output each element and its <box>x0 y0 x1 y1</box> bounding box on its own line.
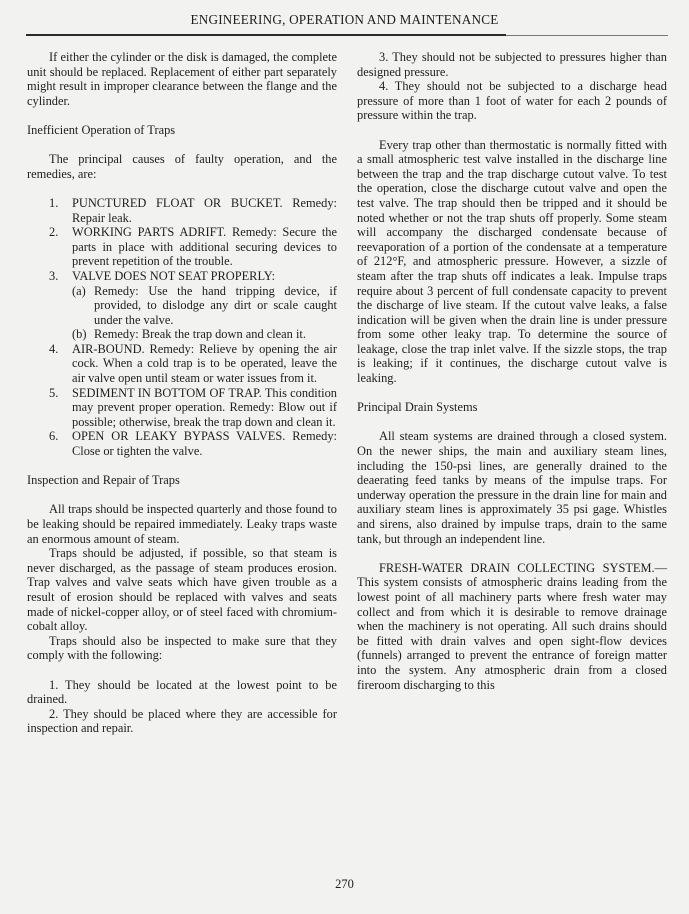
left-column: If either the cylinder or the disk is da… <box>27 50 337 736</box>
body-paragraph: Traps should be adjusted, if possible, s… <box>27 546 337 634</box>
sub-remedy: (a)Remedy: Use the hand tripping device,… <box>72 284 337 328</box>
requirement-item: 1. They should be located at the lowest … <box>27 678 337 707</box>
causes-intro: The principal causes of faulty operation… <box>27 152 337 181</box>
requirement-item: 3. They should not be subjected to press… <box>357 50 667 79</box>
requirement-item: 4. They should not be subjected to a dis… <box>357 79 667 123</box>
header-rule <box>26 34 506 36</box>
right-column: 3. They should not be subjected to press… <box>357 50 667 692</box>
cause-item: 2.WORKING PARTS ADRIFT. Remedy: Secure t… <box>27 225 337 269</box>
cause-item: 3.VALVE DOES NOT SEAT PROPERLY: (a)Remed… <box>27 269 337 342</box>
section-heading-drain-systems: Principal Drain Systems <box>357 400 667 415</box>
cause-item: 5.SEDIMENT IN BOTTOM OF TRAP. This condi… <box>27 386 337 430</box>
requirement-item: 2. They should be placed where they are … <box>27 707 337 736</box>
cause-item: 4.AIR-BOUND. Remedy: Relieve by opening … <box>27 342 337 386</box>
fresh-water-paragraph: FRESH-WATER DRAIN COLLECTING SYSTEM.—Thi… <box>357 561 667 692</box>
causes-list: 1.PUNCTURED FLOAT OR BUCKET. Remedy: Rep… <box>27 196 337 459</box>
page-number: 270 <box>0 877 689 892</box>
sub-remedy: (b)Remedy: Break the trap down and clean… <box>72 327 337 342</box>
test-valve-paragraph: Every trap other than thermostatic is no… <box>357 138 667 386</box>
body-paragraph: Traps should also be inspected to make s… <box>27 634 337 663</box>
header-rule-extension <box>506 35 668 36</box>
section-heading-inspection: Inspection and Repair of Traps <box>27 473 337 488</box>
cause-item: 1.PUNCTURED FLOAT OR BUCKET. Remedy: Rep… <box>27 196 337 225</box>
body-paragraph: All traps should be inspected quarterly … <box>27 502 337 546</box>
running-header: ENGINEERING, OPERATION AND MAINTENANCE <box>0 12 689 28</box>
cause-item: 6.OPEN OR LEAKY BYPASS VALVES. Remedy: C… <box>27 429 337 458</box>
section-heading-inefficient-operation: Inefficient Operation of Traps <box>27 123 337 138</box>
drain-paragraph: All steam systems are drained through a … <box>357 429 667 546</box>
intro-paragraph: If either the cylinder or the disk is da… <box>27 50 337 108</box>
